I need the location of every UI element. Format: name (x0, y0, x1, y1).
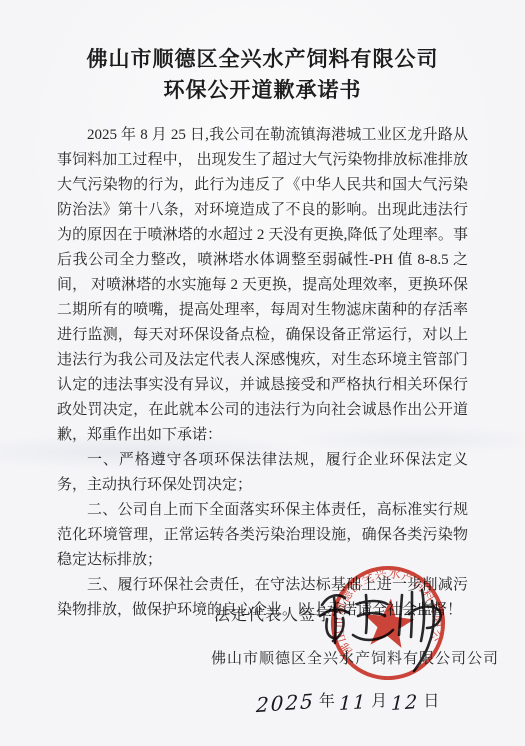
document-title-line1: 佛山市顺德区全兴水产饲料有限公司 (0, 44, 525, 75)
document-title-line2: 环保公开道歉承诺书 (0, 75, 525, 106)
date-line: 2025 年 11 月 12 日 (256, 688, 439, 712)
day-label: 日 (423, 688, 439, 712)
document-body: 2025 年 8 月 25 日,我公司在勒流镇海港城工业区龙升路从事饲料加工过程… (57, 123, 468, 623)
paragraph-commitment-1: 一、严格遵守各项环保法律法规，履行企业环保法定义务，主动执行环保处罚决定； (57, 448, 468, 498)
year-label: 年 (319, 688, 335, 712)
document-page: 佛山市顺德区全兴水产饲料有限公司 环保公开道歉承诺书 2025 年 8 月 25… (0, 0, 525, 746)
month-label: 月 (371, 688, 387, 712)
handwritten-month: 11 (339, 693, 368, 713)
handwritten-day: 12 (391, 693, 420, 713)
handwritten-year: 2025 (256, 692, 315, 714)
company-name-line: 佛山市顺德区全兴水产饲料有限公司公司 (211, 647, 499, 668)
document-title: 佛山市顺德区全兴水产饲料有限公司 环保公开道歉承诺书 (0, 0, 525, 106)
paragraph-intro: 2025 年 8 月 25 日,我公司在勒流镇海港城工业区龙升路从事饲料加工过程… (57, 123, 468, 448)
